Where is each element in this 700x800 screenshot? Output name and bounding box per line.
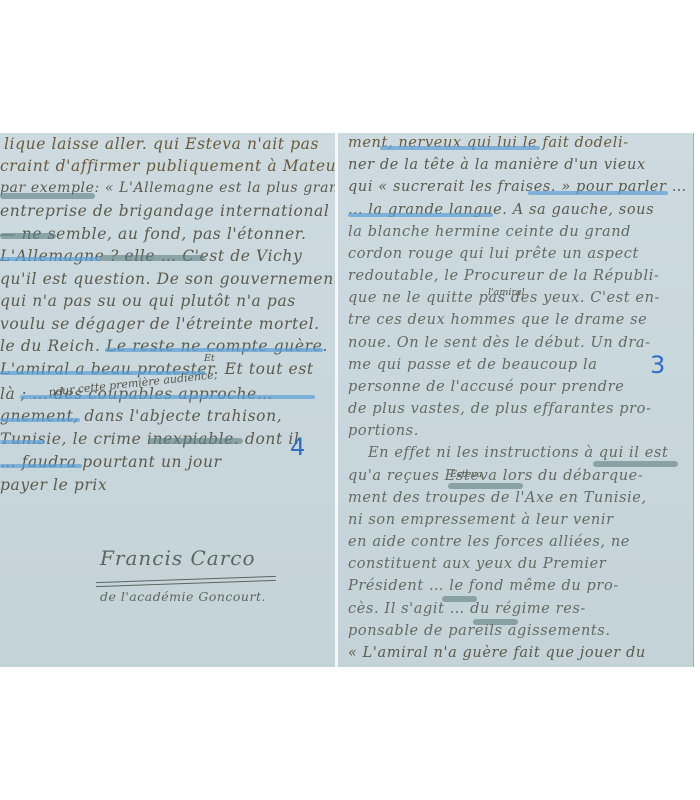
blue-strikethrough-mark (0, 464, 82, 468)
text-line: le du Reich. Le reste ne compte guère. (0, 337, 328, 355)
text-line: ponsable de pareils agissements. (348, 623, 611, 639)
strikethrough-mark (0, 193, 95, 199)
blue-strikethrough-mark (105, 348, 323, 352)
text-line: voulu se dégager de l'étreinte mortel. (0, 315, 320, 333)
text-line: là ; … des coupables approche… (0, 385, 273, 403)
text-line: qui n'a pas su ou qui plutôt n'a pas (0, 292, 296, 310)
page-number: 3 (650, 351, 665, 379)
strikethrough-mark (0, 233, 56, 239)
strikethrough-mark (448, 483, 523, 489)
text-line: me qui passe et de beaucoup la (348, 357, 598, 373)
blue-strikethrough-mark (380, 146, 540, 150)
text-line: que ne le quitte pas des yeux. C'est en- (348, 290, 660, 306)
text-line: cordon rouge qui lui prête un aspect (348, 246, 639, 262)
strikethrough-mark (593, 461, 678, 467)
page-number: 4 (290, 433, 305, 461)
text-line: redoutable, le Procureur de la Républi- (348, 268, 660, 284)
text-line: qu'a reçues Esteva lors du débarque- (348, 468, 643, 484)
text-line: de plus vastes, de plus effarantes pro- (348, 401, 651, 417)
text-line: ni son empressement à leur venir (348, 512, 614, 528)
manuscript-page-left: lique laisse aller. qui Esteva n'ait pas… (0, 133, 335, 667)
text-line: constituent aux yeux du Premier (348, 556, 606, 572)
text-line: payer le prix (0, 476, 107, 494)
text-line: noue. On le sent dès le début. Un dra- (348, 335, 651, 351)
text-line: En effet ni les instructions à qui il es… (368, 445, 668, 461)
text-line: ner de la tête à la manière d'un vieux (348, 157, 646, 173)
text-line: ment des troupes de l'Axe en Tunisie, (348, 490, 647, 506)
text-line: tre ces deux hommes que le drame se (348, 312, 647, 328)
text-line: « L'amiral n'a guère fait que jouer du (348, 645, 646, 661)
text-line: … faudra pourtant un jour (0, 453, 222, 471)
blue-strikethrough-mark (0, 418, 80, 422)
manuscript-page-right: ment, nerveux qui lui le fait dodeli- ne… (338, 133, 694, 667)
text-line: portions. (348, 423, 419, 439)
signature-subtitle: de l'académie Goncourt. (100, 589, 266, 604)
text-line: gnement, dans l'abjecte trahison, (0, 407, 282, 425)
text-line: lique laisse aller. qui Esteva n'ait pas (4, 135, 319, 153)
signature: Francis Carco (100, 546, 256, 570)
text-line: qu'il est question. De son gouvernement (0, 270, 341, 288)
blue-strikethrough-mark (348, 213, 493, 217)
blue-strikethrough-mark (0, 440, 45, 444)
blue-strikethrough-mark (528, 191, 668, 195)
text-line: entreprise de brigandage international » (0, 202, 345, 220)
blue-strikethrough-mark (0, 257, 100, 261)
text-line: Président … le fond même du pro- (348, 578, 619, 594)
text-line: en aide contre les forces alliées, ne (348, 534, 630, 550)
blue-strikethrough-mark (20, 395, 315, 399)
text-line: craint d'affirmer publiquement à Mateur, (0, 157, 348, 175)
strikethrough-mark (100, 255, 205, 261)
text-line: la blanche hermine ceinte du grand (348, 224, 631, 240)
text-line: cès. Il s'agit … du régime res- (348, 601, 586, 617)
strikethrough-mark (148, 438, 243, 444)
text-line: personne de l'accusé pour prendre (348, 379, 624, 395)
